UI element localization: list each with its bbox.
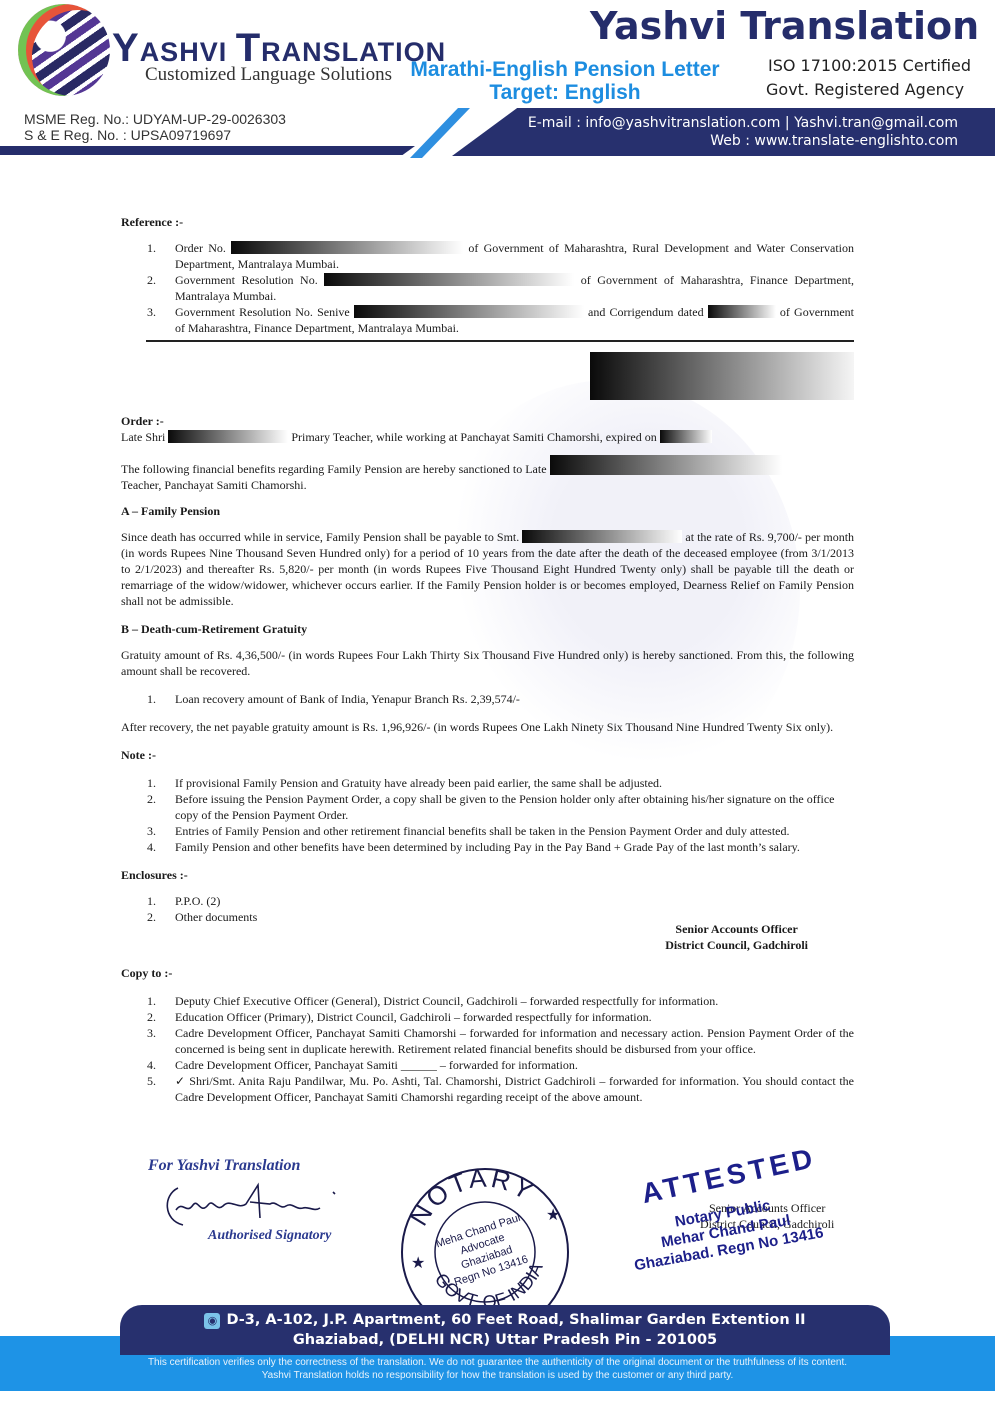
recovery-item: 1. Loan recovery amount of Bank of India…: [147, 691, 854, 707]
copy-to-list: 1.Deputy Chief Executive Officer (Genera…: [121, 993, 854, 1105]
gratuity-paragraph: Gratuity amount of Rs. 4,36,500/- (in wo…: [121, 647, 854, 679]
document-title: Marathi-English Pension Letter Target: E…: [380, 58, 750, 104]
footer-disclaimer: This certification verifies only the cor…: [0, 1356, 995, 1382]
gratuity-heading: B – Death-cum-Retirement Gratuity: [121, 621, 854, 637]
note-heading: Note :-: [121, 747, 854, 763]
redacted-block: [550, 455, 782, 475]
signatory-block: Senior Accounts Officer District Council…: [121, 921, 854, 953]
tagline: Customized Language Solutions: [145, 64, 392, 86]
note-item: 2.Before issuing the Pension Payment Ord…: [147, 791, 854, 823]
net-gratuity-paragraph: After recovery, the net payable gratuity…: [121, 719, 854, 735]
redacted-block: [660, 430, 712, 443]
svg-text:★: ★: [546, 1207, 560, 1224]
redacted-block: [354, 305, 584, 318]
copy-to-item: 5.✓ Shri/Smt. Anita Raju Pandilwar, Mu. …: [147, 1073, 854, 1105]
company-logo-globe: [18, 4, 110, 96]
reference-item: 3. Government Resolution No. Senive and …: [147, 304, 854, 336]
family-pension-paragraph: Since death has occurred while in servic…: [121, 529, 854, 609]
reference-heading: Reference :-: [121, 214, 854, 230]
brand-name-right: Yashvi Translation: [590, 4, 979, 48]
copy-to-item: 1.Deputy Chief Executive Officer (Genera…: [147, 993, 854, 1009]
copy-to-item: 3.Cadre Development Officer, Panchayat S…: [147, 1025, 854, 1057]
order-line: Late Shri Primary Teacher, while working…: [121, 429, 854, 445]
section-divider: [146, 340, 854, 342]
sanction-line: The following financial benefits regardi…: [121, 455, 854, 477]
signature-icon: [158, 1180, 348, 1230]
redacted-block: [590, 352, 854, 400]
redacted-block: [708, 305, 776, 318]
header-divider: [0, 146, 415, 155]
redacted-block: [231, 241, 463, 254]
family-pension-heading: A – Family Pension: [121, 503, 854, 519]
reference-item: 1. Order No. of Government of Maharashtr…: [147, 240, 854, 272]
footer-address: ◉D-3, A-102, J.P. Apartment, 60 Feet Roa…: [120, 1310, 890, 1350]
enclosure-item: 2.Other documents: [147, 909, 854, 925]
authorised-signatory-label: Authorised Signatory: [208, 1228, 331, 1244]
email-line: E-mail : info@yashvitranslation.com | Ya…: [460, 114, 958, 132]
note-list: 1.If provisional Family Pension and Grat…: [121, 775, 854, 855]
enclosure-item: 1.P.P.O. (2): [147, 893, 854, 909]
copy-to-item: 2.Education Officer (Primary), District …: [147, 1009, 854, 1025]
registration-numbers: MSME Reg. No.: UDYAM-UP-29-0026303 S & E…: [24, 111, 286, 143]
govt-registration: Govt. Registered Agency: [766, 80, 964, 99]
order-heading: Order :-: [121, 413, 854, 429]
redacted-block: [522, 530, 682, 543]
order-section: Order :- Late Shri Primary Teacher, whil…: [121, 413, 854, 1105]
location-pin-icon: ◉: [204, 1313, 220, 1329]
enclosures-list: 1.P.P.O. (2) 2.Other documents: [121, 893, 854, 925]
reference-item: 2. Government Resolution No. of Governme…: [147, 272, 854, 304]
iso-certification: ISO 17100:2015 Certified: [768, 56, 971, 75]
redacted-block: [324, 273, 574, 286]
redacted-block: [168, 430, 288, 443]
enclosures-heading: Enclosures :-: [121, 867, 854, 883]
for-company-stamp: For Yashvi Translation: [148, 1157, 300, 1175]
reference-section: Reference :- 1. Order No. of Government …: [121, 214, 854, 336]
copy-to-heading: Copy to :-: [121, 965, 854, 981]
svg-text:★: ★: [411, 1255, 425, 1272]
copy-to-item: 4.Cadre Development Officer, Panchayat S…: [147, 1057, 854, 1073]
web-line: Web : www.translate-englishto.com: [460, 132, 958, 150]
contact-info: E-mail : info@yashvitranslation.com | Ya…: [460, 114, 958, 150]
note-item: 1.If provisional Family Pension and Grat…: [147, 775, 854, 791]
note-item: 4.Family Pension and other benefits have…: [147, 839, 854, 855]
note-item: 3.Entries of Family Pension and other re…: [147, 823, 854, 839]
